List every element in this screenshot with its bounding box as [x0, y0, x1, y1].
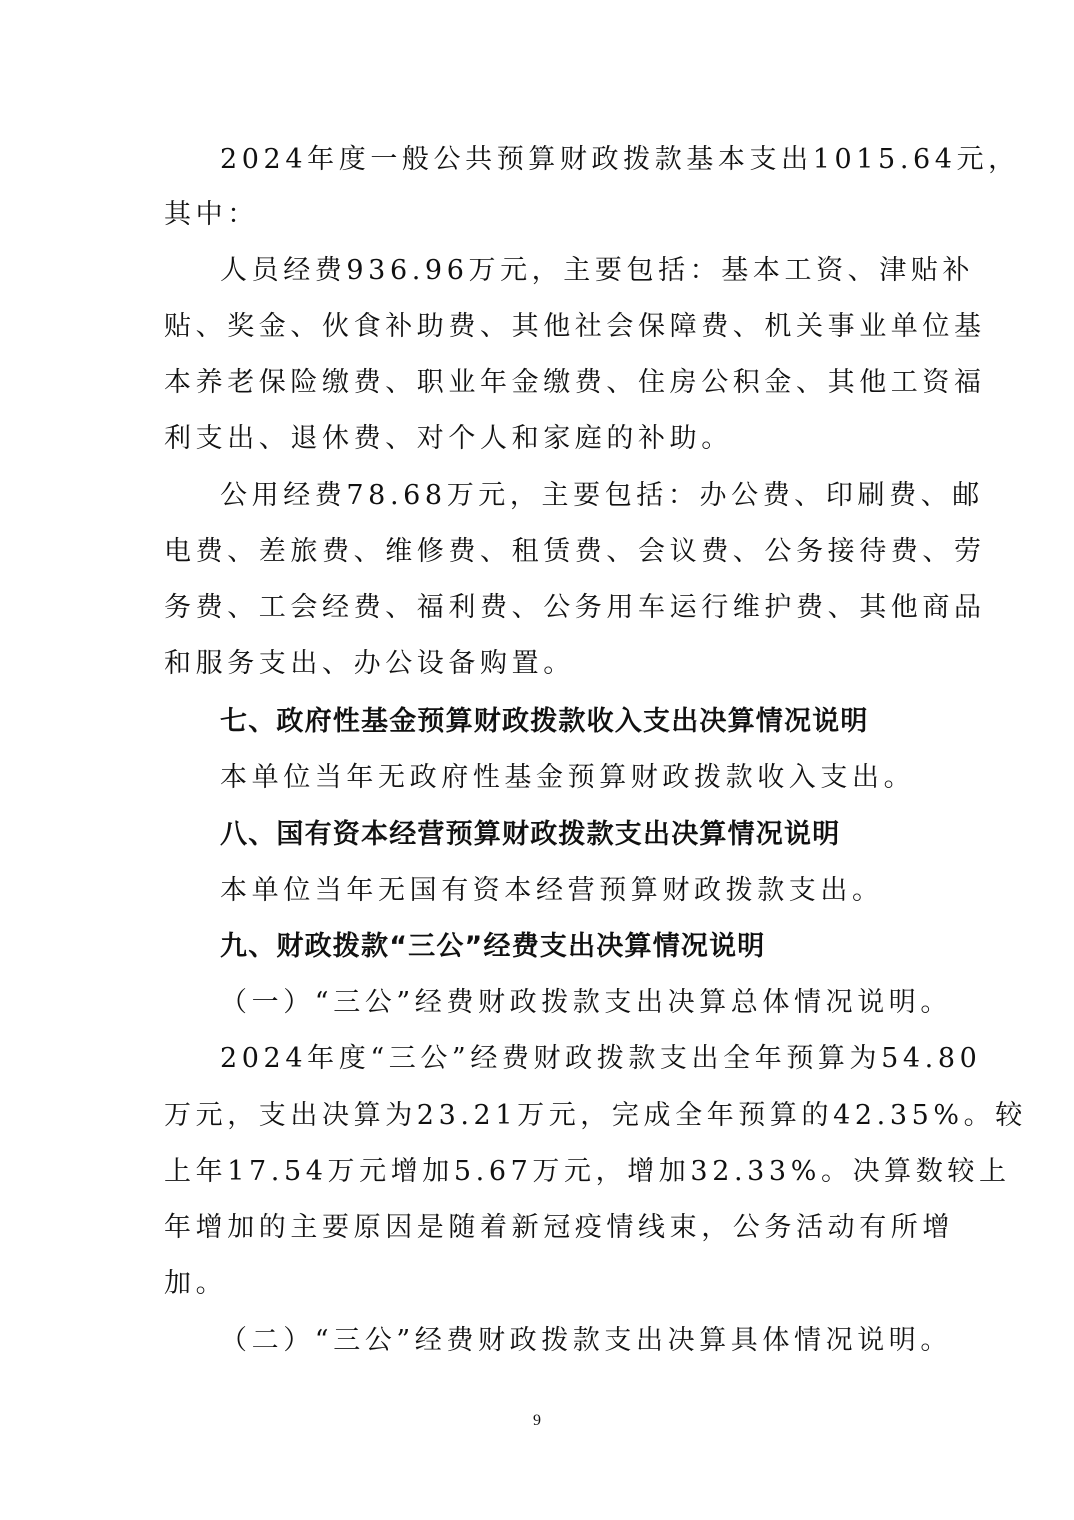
page-number: 9	[0, 1412, 1074, 1430]
paragraph-line: 2024年度一般公共预算财政拨款基本支出1015.64元，	[220, 142, 970, 178]
paragraph-line: 上年17.54万元增加5.67万元，增加32.33%。决算数较上	[164, 1154, 914, 1190]
section-heading-7: 七、政府性基金预算财政拨款收入支出决算情况说明	[220, 704, 970, 740]
paragraph-line: 公用经费78.68万元，主要包括：办公费、印刷费、邮	[220, 478, 970, 514]
paragraph-line: 电费、差旅费、维修费、租赁费、会议费、公务接待费、劳	[164, 534, 914, 570]
subsection-heading-2: （二）“三公”经费财政拨款支出决算具体情况说明。	[220, 1323, 970, 1359]
paragraph-line: 万元，支出决算为23.21万元，完成全年预算的42.35%。较	[164, 1098, 914, 1134]
paragraph-line: 务费、工会经费、福利费、公务用车运行维护费、其他商品	[164, 590, 914, 626]
paragraph-line: 其中：	[164, 197, 914, 233]
subsection-heading-1: （一）“三公”经费财政拨款支出决算总体情况说明。	[220, 985, 970, 1021]
paragraph-line: 贴、奖金、伙食补助费、其他社会保障费、机关事业单位基	[164, 309, 914, 345]
paragraph-line: 本单位当年无国有资本经营预算财政拨款支出。	[220, 873, 970, 909]
paragraph-line: 本单位当年无政府性基金预算财政拨款收入支出。	[220, 760, 970, 796]
paragraph-line: 年增加的主要原因是随着新冠疫情线束，公务活动有所增	[164, 1210, 914, 1246]
section-heading-9: 九、财政拨款“三公”经费支出决算情况说明	[220, 929, 970, 965]
paragraph-line: 本养老保险缴费、职业年金缴费、住房公积金、其他工资福	[164, 365, 914, 401]
section-heading-8: 八、国有资本经营预算财政拨款支出决算情况说明	[220, 817, 970, 853]
paragraph-line: 加。	[164, 1266, 914, 1302]
paragraph-line: 2024年度“三公”经费财政拨款支出全年预算为54.80	[220, 1041, 970, 1077]
paragraph-line: 利支出、退休费、对个人和家庭的补助。	[164, 421, 914, 457]
paragraph-line: 和服务支出、办公设备购置。	[164, 646, 914, 682]
document-page: 2024年度一般公共预算财政拨款基本支出1015.64元， 其中： 人员经费93…	[0, 0, 1074, 1520]
paragraph-line: 人员经费936.96万元，主要包括：基本工资、津贴补	[220, 253, 970, 289]
